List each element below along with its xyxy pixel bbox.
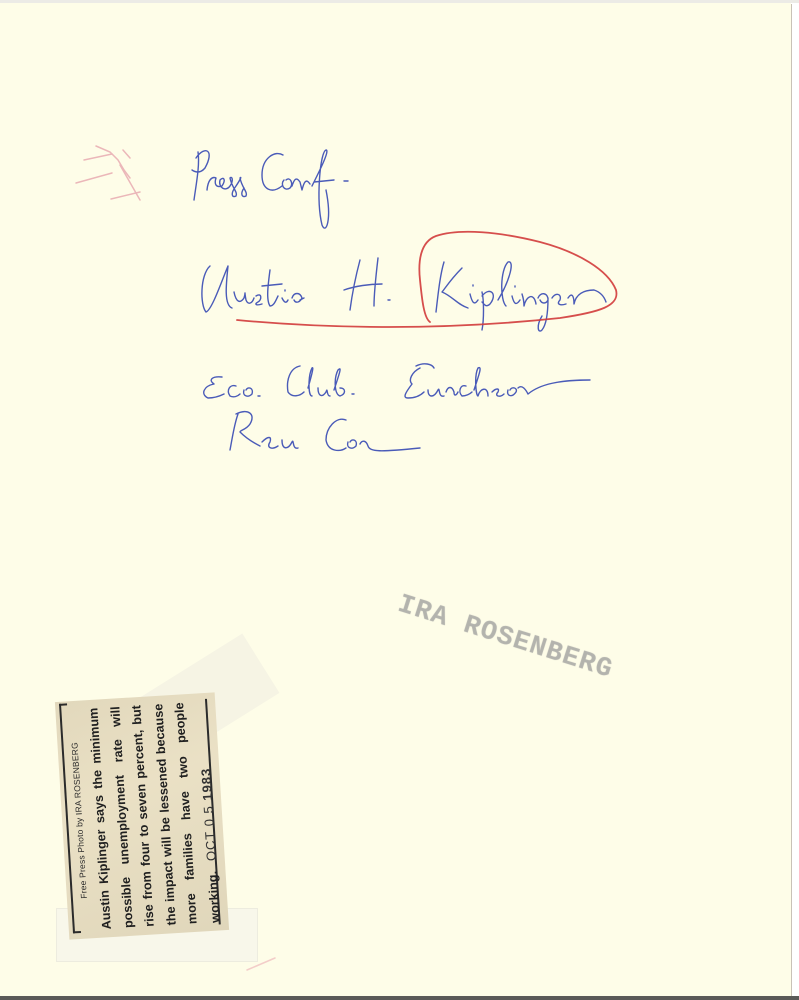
handwritten-last-name-circled: Kiplinger <box>436 270 440 271</box>
clipping-content: Free Press Photo by IRA ROSENBERG Austin… <box>55 692 229 939</box>
date-month-day: OCT 0 5 <box>200 805 218 862</box>
newspaper-clipping: Free Press Photo by IRA ROSENBERG Austin… <box>55 692 229 939</box>
handwritten-line-location: Ren Cen <box>228 420 232 421</box>
handwritten-first-name: Austin H. <box>200 270 204 271</box>
handwritten-line-event: Eco. Club. Luncheon <box>200 370 209 371</box>
caption-line: working. <box>205 871 222 924</box>
caption-text: Austin Kiplinger says the minimum possib… <box>83 700 226 930</box>
date-stamp: OCT 0 5 1983 <box>198 767 219 861</box>
handwritten-line-press-conf: Press Conf. <box>190 150 195 151</box>
date-year: 1983 <box>198 767 215 801</box>
